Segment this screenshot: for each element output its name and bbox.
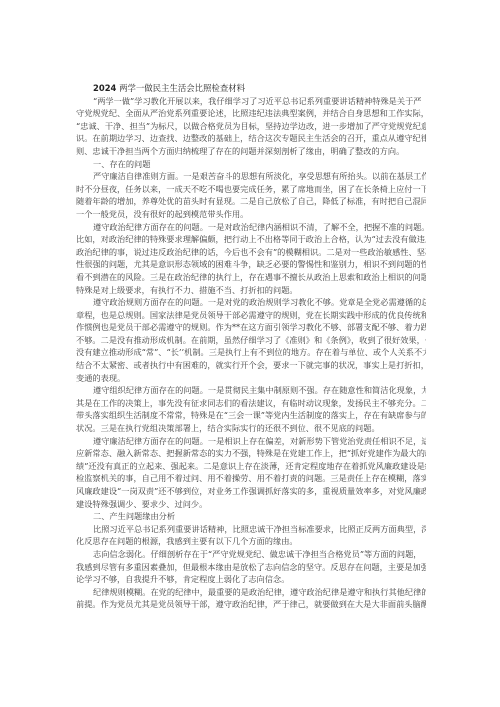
paragraph-line: 二、产生问题缘由分析: [76, 510, 426, 523]
paragraph-line: 随着年龄的增加，养尊处优的苗头时有显现。二是自己放松了自己，降低了标准，有时把自…: [76, 195, 426, 208]
title-text: 两学一做民主生活会比照检查材料: [119, 83, 245, 93]
paragraph-line: 没有建立推动形成“常”、“长’’机制。三是执行上有不到位的地方。存在着与单位、或…: [76, 346, 426, 359]
paragraph-line: 我感到尽管有多重因素叠加，但最根本缘由是放松了志向信念的坚守。反思存在问题，主要…: [76, 561, 426, 574]
paragraph-line: 特殊是对上级要求，有执行不力、措施不当、打折扣的问题。: [76, 284, 426, 297]
paragraph-line: 章程，也是总规则。国家法律是党员领导干部必需遵守的规则，党在长期实践中形成的优良…: [76, 309, 426, 322]
paragraph-line: 遵守组织纪律方面存在的问题。一是贯彻民主集中制原则不强。存在随意性和简洁化现象，…: [76, 384, 426, 397]
paragraph-line: 不够。二是没有推动形成机制。在前期，虽然仔细学习了《准则》和《条例》，收到了很好…: [76, 334, 426, 347]
paragraph-line: 时不分昼夜，任务以来，一成天不吃不喝也要完成任务，累了席地而坐，困了在长条椅上应…: [76, 183, 426, 196]
paragraph-line: 看不到潜在的风险。三是在政治纪律的执行上，存在遇事不擅长从政治上思索和政治上相识…: [76, 271, 426, 284]
paragraph-line: 前提。作为党员尤其是党员领导干部，遵守政治纪律，严于律己，就要做到在大是大非面前…: [76, 598, 426, 611]
paragraph-line: 作惯例也是党员干部必需遵守的规则。作为**在这方面引领学习教化不够、部署支配不够…: [76, 321, 426, 334]
paragraph-line: 绩”还没有真正的立起来、强起来。二是意识上存在淡薄，还肯定程度地存在着抓党风廉政…: [76, 460, 426, 473]
paragraph-line: 风廉政建设“一岗双责”还不够到位，对业务工作强调抓好落实的多，重视质量效率多，对…: [76, 485, 426, 498]
paragraph-line: 识。在前期边学习、边查找、边整改的基础上，结合这次专题民主生活会的召开，重点从遵…: [76, 132, 426, 145]
document-page: 2024 两学一做民主生活会比照检查材料 “两学一做”学习教化开展以来，我仔细学…: [76, 82, 426, 611]
document-body: “两学一做”学习教化开展以来，我仔细学习了习近平总书记系列重要讲话精神特殊是关于…: [76, 95, 426, 611]
title-year: 2024: [93, 83, 116, 93]
paragraph-line: 一、存在的问题: [76, 158, 426, 171]
paragraph-line: 政治纪律的事，说过违反政治纪律的话，今后也不会有”的模糊相识。二是对一些政治敏感…: [76, 246, 426, 259]
paragraph-line: 状况。三是在执行党组决策部署上，结合实际实行的还很不到位、很不见底的问题。: [76, 422, 426, 435]
paragraph-line: 严守廉洁自律准则方面。一是艰苦奋斗的思想有所淡化，享受思想有所抬头。以前在基层工…: [76, 170, 426, 183]
paragraph-line: 其是在工作的决策上，事先没有征求同志们的看法建议，有临时动议现象，发扬民主不够充…: [76, 397, 426, 410]
paragraph-line: “两学一做”学习教化开展以来，我仔细学习了习近平总书记系列重要讲话精神特殊是关于…: [76, 95, 426, 108]
paragraph-line: 比如，对政治纪律的特殊要求理解偏颇，把行动上不出格等同于政治上合格，认为“过去没…: [76, 233, 426, 246]
paragraph-line: 遵守政治纪律方面存在的问题。一是对政治纪律内涵相识不清，了解不全，把握不准的问题…: [76, 221, 426, 234]
paragraph-line: 比照习近平总书记系列重要讲话精神，比照忠诚干净担当标准要求，比照正反两方面典型，…: [76, 523, 426, 536]
document-title: 2024 两学一做民主生活会比照检查材料: [76, 82, 426, 95]
paragraph-line: 遵守政治规则方面存在的问题。一是对党的政治规则学习教化不够。党章是全党必需遵循的…: [76, 296, 426, 309]
paragraph-line: 检监察机关的事，自己用不着过问、用不着操劳、用不着打责的问题。三是责任上存在模糊…: [76, 472, 426, 485]
paragraph-line: 遵守廉洁纪律方面存在的问题。一是相识上存在偏差，对新形势下管党治党责任相识不足，…: [76, 435, 426, 448]
paragraph-line: 化反思存在问题的根源，我感到主要有以下几个方面的缘由。: [76, 535, 426, 548]
paragraph-line: 变通的表现。: [76, 372, 426, 385]
paragraph-line: “忠诚、干净、担当”为标尺，以做合格党员为目标，坚持边学边改，进一步增加了严守党…: [76, 120, 426, 133]
paragraph-line: 性很强的问题，尤其是意识形态领域的困难斗争，缺乏必要的警惕性和鉴别力，相识不到问…: [76, 258, 426, 271]
paragraph-line: 结合不太紧密、或者执行中有困难的，就实行开个会，要求一下就完事的状况，事实上是打…: [76, 359, 426, 372]
paragraph-line: 建设特殊强调少、要求少、过问少。: [76, 498, 426, 511]
paragraph-line: 论学习不够，自我提升不够，肯定程度上弱化了志向信念。: [76, 573, 426, 586]
paragraph-line: 守党规党纪、全面从严治党系列重要论述，比照违纪违法典型案例，并结合自身思想和工作…: [76, 107, 426, 120]
paragraph-line: 带头落实组织生活制度不常常，特殊是在“三会一课”等党内生活制度的落实上，存在有缺…: [76, 409, 426, 422]
paragraph-line: 则、忠诚干净担当两个方面归纳梳理了存在的问题并深刻剖析了缘由，明确了整改的方向。: [76, 145, 426, 158]
paragraph-line: 应新常态、融入新常态、把握新常态的实力不强，特殊是在党建工作上，把“抓好党建作为…: [76, 447, 426, 460]
paragraph-line: 纪律规则模糊。在党的纪律中，最重要的是政治纪律，遵守政治纪律是遵守和执行其他纪律…: [76, 586, 426, 599]
paragraph-line: 志向信念弱化。仔细剖析存在于“严守党规党纪、做忠诚干净担当合格党员”等方面的问题…: [76, 548, 426, 561]
paragraph-line: 一个一般党员，没有很好的起到模范带头作用。: [76, 208, 426, 221]
